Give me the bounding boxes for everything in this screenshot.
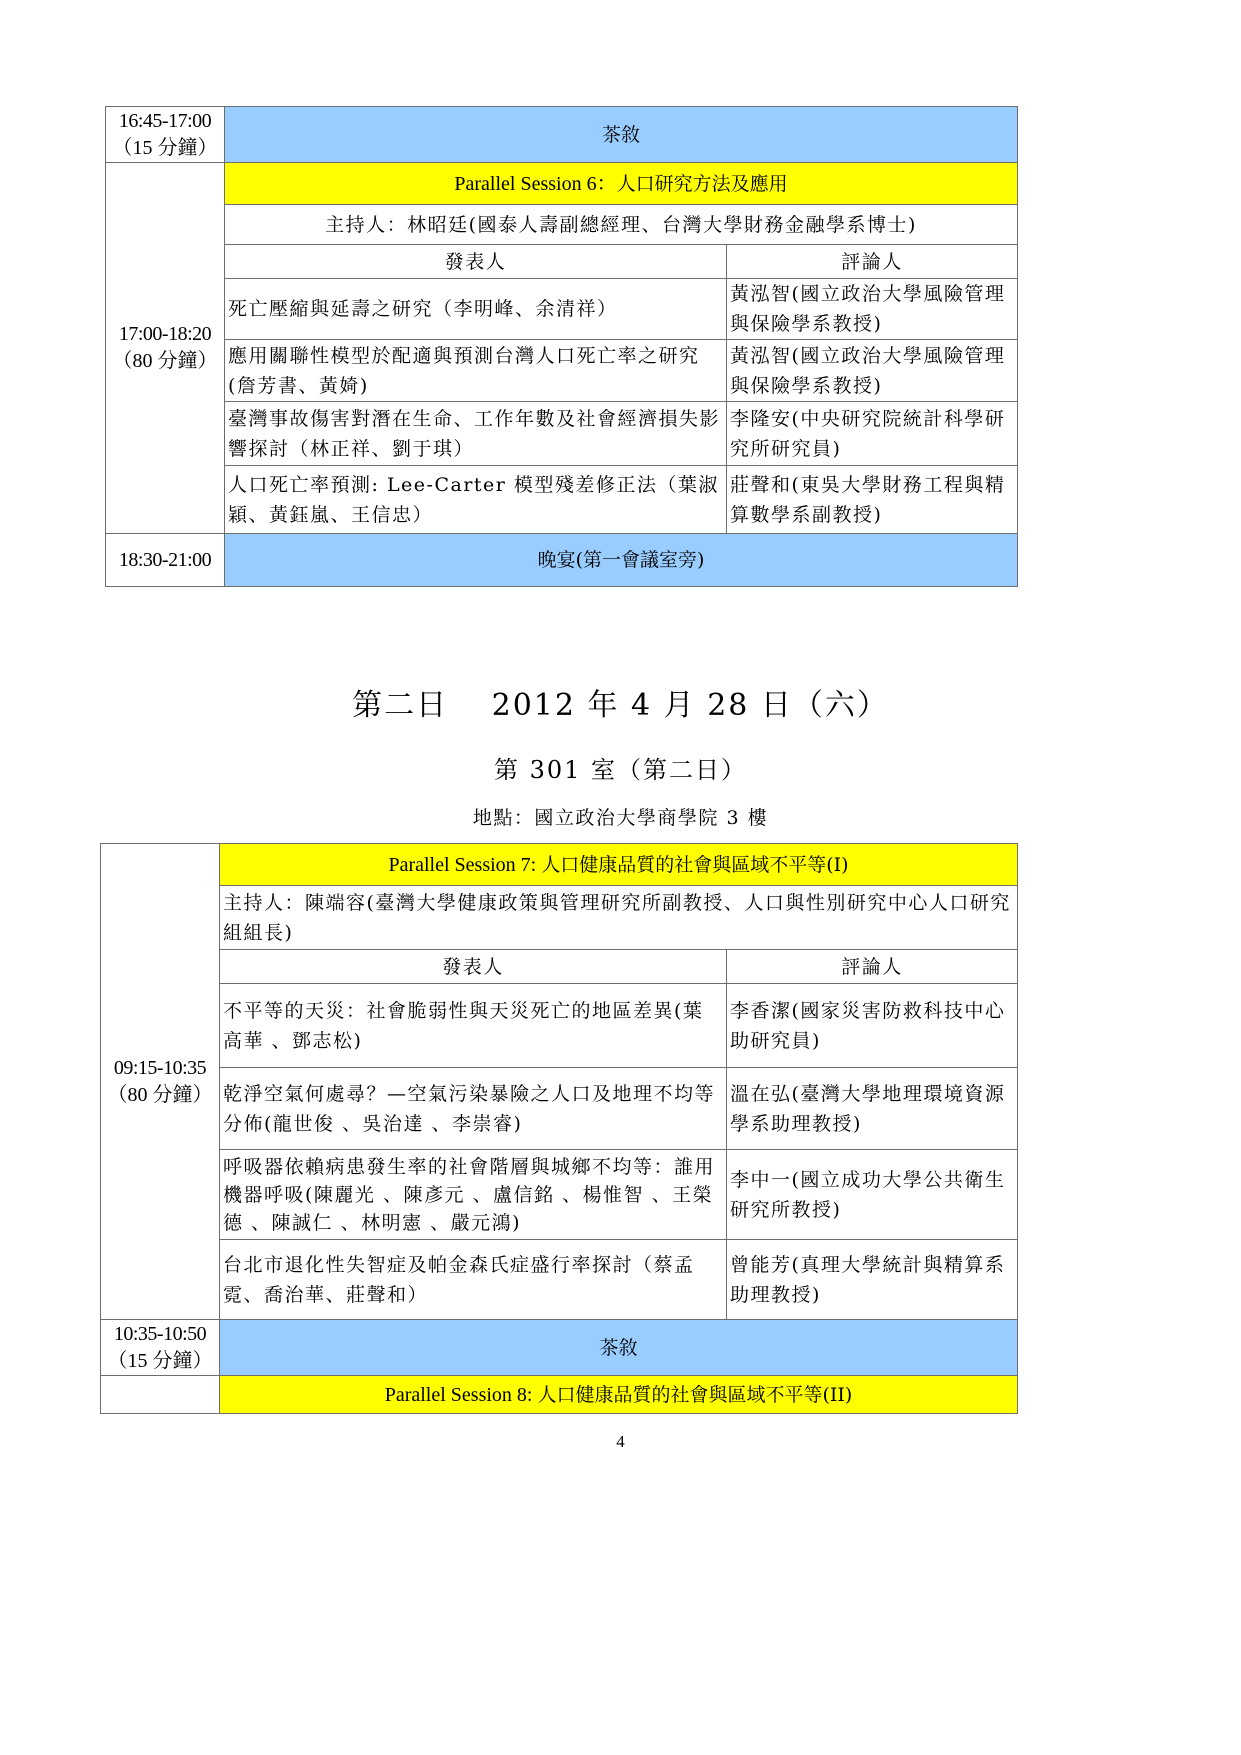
session-title-zh: 人口健康品質的社會與區域不平等(I) — [541, 854, 848, 876]
session-title-row: Parallel Session 8: 人口健康品質的社會與區域不平等(II) — [101, 1376, 1018, 1414]
paper-row: 呼吸器依賴病患發生率的社會階層與城鄉不均等：誰用機器呼吸(陳麗光 、陳彥元 、盧… — [101, 1150, 1018, 1240]
schedule-table-day2: 09:15-10:35 （80 分鐘） Parallel Session 7: … — [100, 843, 1018, 1414]
paper-discussant: 黃泓智(國立政治大學風險管理與保險學系教授) — [727, 279, 1018, 340]
paper-discussant: 莊聲和(東吳大學財務工程與精算數學系副教授) — [727, 466, 1018, 534]
session-title: Parallel Session 6：人口研究方法及應用 — [225, 163, 1018, 205]
paper-row: 台北市退化性失智症及帕金森氏症盛行率探討（蔡孟霓、喬治華、莊聲和） 曾能芳(真理… — [101, 1240, 1018, 1320]
session-chair: 主持人：林昭廷(國泰人壽副總經理、台灣大學財務金融學系博士) — [225, 205, 1018, 245]
session-title-en: Parallel Session 8: — [385, 1384, 538, 1406]
paper-discussant: 李隆安(中央研究院統計科學研究所研究員) — [727, 402, 1018, 466]
time-range: 17:00-18:20 — [106, 321, 224, 348]
session-title-zh: 人口研究方法及應用 — [617, 173, 788, 195]
session-title-row: 09:15-10:35 （80 分鐘） Parallel Session 7: … — [101, 844, 1018, 886]
header-discussant: 評論人 — [727, 245, 1018, 279]
time-range: 18:30-21:00 — [106, 547, 224, 574]
dinner-row: 18:30-21:00 晚宴(第一會議室旁) — [106, 534, 1018, 587]
header-discussant: 評論人 — [727, 950, 1018, 984]
paper-discussant: 黃泓智(國立政治大學風險管理與保險學系教授) — [727, 340, 1018, 402]
paper-row: 死亡壓縮與延壽之研究（李明峰、余清祥） 黃泓智(國立政治大學風險管理與保險學系教… — [106, 279, 1018, 340]
paper-row: 乾淨空氣何處尋？—空氣污染暴險之人口及地理不均等分佈(龍世俊 、吳治達 、李崇睿… — [101, 1068, 1018, 1150]
paper-title: 人口死亡率預測: Lee-Carter 模型殘差修正法（葉淑穎、黃鈺嵐、王信忠） — [225, 466, 727, 534]
time-cell: 09:15-10:35 （80 分鐘） — [101, 844, 220, 1320]
paper-title: 臺灣事故傷害對潛在生命、工作年數及社會經濟損失影響探討（林正祥、劉于琪） — [225, 402, 727, 466]
column-header-row: 發表人 評論人 — [101, 950, 1018, 984]
paper-discussant: 李中一(國立成功大學公共衛生研究所教授) — [727, 1150, 1018, 1240]
paper-title: 不平等的天災：社會脆弱性與天災死亡的地區差異(葉高華 、鄧志松) — [220, 984, 727, 1068]
header-presenter: 發表人 — [220, 950, 727, 984]
paper-discussant: 溫在弘(臺灣大學地理環境資源學系助理教授) — [727, 1068, 1018, 1150]
session-title-zh: 人口健康品質的社會與區域不平等(II) — [537, 1384, 852, 1406]
document-page: 16:45-17:00 （15 分鐘） 茶敘 17:00-18:20 （80 分… — [0, 0, 1241, 1755]
room-title: 第 301 室（第二日） — [0, 750, 1241, 785]
paper-title: 乾淨空氣何處尋？—空氣污染暴險之人口及地理不均等分佈(龍世俊 、吳治達 、李崇睿… — [220, 1068, 727, 1150]
session-chair: 主持人：陳端容(臺灣大學健康政策與管理研究所副教授、人口與性別研究中心人口研究組… — [220, 886, 1018, 950]
time-range: 10:35-10:50 — [101, 1321, 219, 1348]
tea-break-row: 16:45-17:00 （15 分鐘） 茶敘 — [106, 107, 1018, 163]
paper-discussant: 曾能芳(真理大學統計與精算系助理教授) — [727, 1240, 1018, 1320]
time-cell: 17:00-18:20 （80 分鐘） — [106, 163, 225, 534]
header-presenter: 發表人 — [225, 245, 727, 279]
day-title: 第二日 2012 年 4 月 28 日（六） — [0, 680, 1241, 724]
location-text: 地點：國立政治大學商學院 3 樓 — [0, 803, 1241, 830]
duration: （80 分鐘） — [101, 1082, 219, 1109]
duration: （15 分鐘） — [106, 135, 224, 162]
session-title: Parallel Session 8: 人口健康品質的社會與區域不平等(II) — [220, 1376, 1018, 1414]
time-range: 09:15-10:35 — [101, 1055, 219, 1082]
chair-row: 主持人：陳端容(臺灣大學健康政策與管理研究所副教授、人口與性別研究中心人口研究組… — [101, 886, 1018, 950]
column-header-row: 發表人 評論人 — [106, 245, 1018, 279]
paper-row: 人口死亡率預測: Lee-Carter 模型殘差修正法（葉淑穎、黃鈺嵐、王信忠）… — [106, 466, 1018, 534]
paper-row: 應用關聯性模型於配適與預測台灣人口死亡率之研究(詹芳書、黃婍) 黃泓智(國立政治… — [106, 340, 1018, 402]
paper-title: 死亡壓縮與延壽之研究（李明峰、余清祥） — [225, 279, 727, 340]
dinner-label: 晚宴(第一會議室旁) — [225, 534, 1018, 587]
session-title: Parallel Session 7: 人口健康品質的社會與區域不平等(I) — [220, 844, 1018, 886]
time-cell: 18:30-21:00 — [106, 534, 225, 587]
paper-discussant: 李香潔(國家災害防救科技中心助研究員) — [727, 984, 1018, 1068]
paper-row: 臺灣事故傷害對潛在生命、工作年數及社會經濟損失影響探討（林正祥、劉于琪） 李隆安… — [106, 402, 1018, 466]
paper-title: 呼吸器依賴病患發生率的社會階層與城鄉不均等：誰用機器呼吸(陳麗光 、陳彥元 、盧… — [220, 1150, 727, 1240]
duration: （15 分鐘） — [101, 1348, 219, 1375]
duration: （80 分鐘） — [106, 348, 224, 375]
time-cell: 10:35-10:50 （15 分鐘） — [101, 1320, 220, 1376]
time-cell: 16:45-17:00 （15 分鐘） — [106, 107, 225, 163]
chair-row: 主持人：林昭廷(國泰人壽副總經理、台灣大學財務金融學系博士) — [106, 205, 1018, 245]
session-title-en: Parallel Session 6： — [454, 173, 616, 195]
time-cell — [101, 1376, 220, 1414]
page-number: 4 — [0, 1432, 1241, 1452]
tea-break-label: 茶敘 — [225, 107, 1018, 163]
session-title-row: 17:00-18:20 （80 分鐘） Parallel Session 6：人… — [106, 163, 1018, 205]
schedule-table-day1: 16:45-17:00 （15 分鐘） 茶敘 17:00-18:20 （80 分… — [105, 106, 1018, 587]
tea-break-label: 茶敘 — [220, 1320, 1018, 1376]
session-title-en: Parallel Session 7: — [388, 854, 541, 876]
time-range: 16:45-17:00 — [106, 108, 224, 135]
paper-row: 不平等的天災：社會脆弱性與天災死亡的地區差異(葉高華 、鄧志松) 李香潔(國家災… — [101, 984, 1018, 1068]
paper-title: 台北市退化性失智症及帕金森氏症盛行率探討（蔡孟霓、喬治華、莊聲和） — [220, 1240, 727, 1320]
paper-title: 應用關聯性模型於配適與預測台灣人口死亡率之研究(詹芳書、黃婍) — [225, 340, 727, 402]
tea-break-row: 10:35-10:50 （15 分鐘） 茶敘 — [101, 1320, 1018, 1376]
